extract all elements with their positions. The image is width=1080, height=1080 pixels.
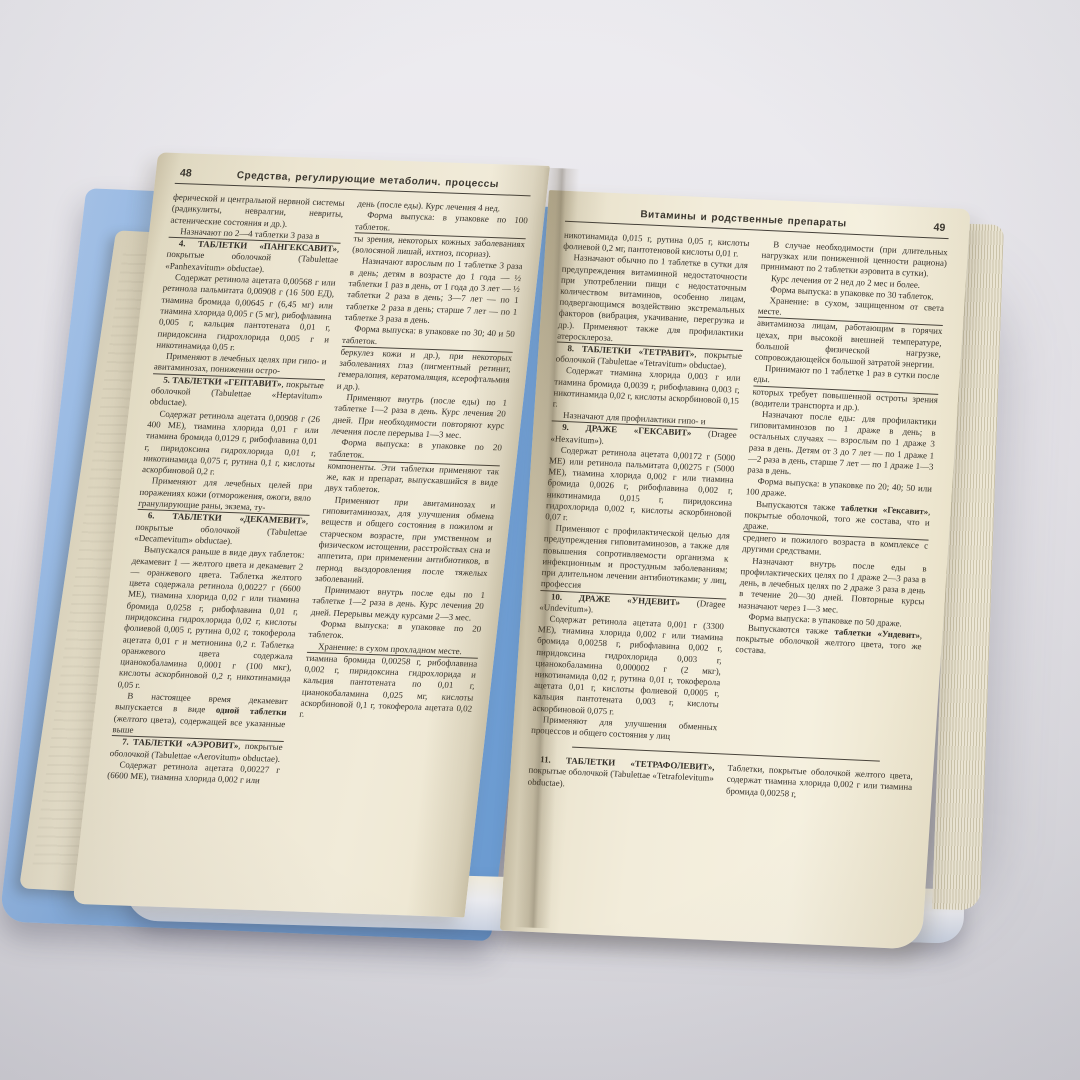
text-block: Применяют для лечебных целей при поражен… (138, 475, 313, 515)
text-column-right-lower-1: 11. ТАБЛЕТКИ «ТЕТРАФОЛЕВИТ», покрытые об… (527, 754, 715, 796)
running-head-title-right: Витамины и родственные препараты (569, 206, 917, 233)
text-block: Выпускаются также таблетки «Ундевит», по… (735, 622, 923, 664)
text-block: Содержат ретинола ацетата 0,001 г (3300 … (532, 613, 724, 722)
text-block: Назначают обычно по 1 таблетке в сутки д… (557, 252, 748, 350)
running-head-left: 48 Средства, регулирующие метаболич. про… (175, 167, 533, 196)
page-right: Витамины и родственные препараты 49 нико… (500, 190, 971, 950)
page-number-right: 49 (917, 221, 946, 234)
text-block: Применяют внутрь (после еды) по 1 таблет… (331, 392, 508, 443)
text-block: Таблетки, покрытые оболочкой желтого цве… (726, 763, 914, 805)
text-block: Назначают взрослым по 1 таблетке 3 раза … (344, 256, 523, 330)
text-block: 11. ТАБЛЕТКИ «ТЕТРАФОЛЕВИТ», покрытые об… (527, 754, 715, 796)
text-column-right-2: В случае необходимости (при длительных н… (729, 239, 948, 754)
text-block: Применяют с профилактической целью для п… (540, 522, 730, 598)
text-block: Назначают внутрь после еды в профилактич… (738, 555, 927, 619)
running-head-title-left: Средства, регулирующие метаболич. процес… (207, 169, 528, 191)
text-block: тиамина бромида 0,00258 г, рибофлавина 0… (299, 653, 478, 727)
text-block: Содержат ретинола ацетата 0,00227 г (660… (107, 759, 281, 788)
photo-of-open-book: 48 Средства, регулирующие метаболич. про… (0, 0, 1080, 1080)
text-block: Назначают после еды: для профилактики ги… (747, 408, 937, 484)
text-block: Содержат ретинола ацетата 0,00568 г или … (156, 272, 336, 357)
text-block: Применяют при авитаминозах и гиповитамин… (314, 494, 496, 590)
text-block: В настоящее время декамевит выпускается … (112, 690, 289, 741)
page-number-left: 48 (179, 167, 208, 180)
text-block: Содержат ретинола ацетата 0,00172 г (500… (545, 444, 736, 531)
text-column-right-1: никотинамида 0,015 г, рутина 0,05 г, кис… (531, 230, 750, 745)
text-block: Выпускался раньше в виде двух таблеток: … (117, 544, 305, 696)
text-column-right-lower-2: Таблетки, покрытые оболочкой желтого цве… (726, 763, 914, 805)
text-block: Содержат ретинола ацетата 0,00908 г (26 … (142, 408, 321, 482)
text-block: беркулез кожи и др.), при некоторых забо… (336, 347, 513, 398)
